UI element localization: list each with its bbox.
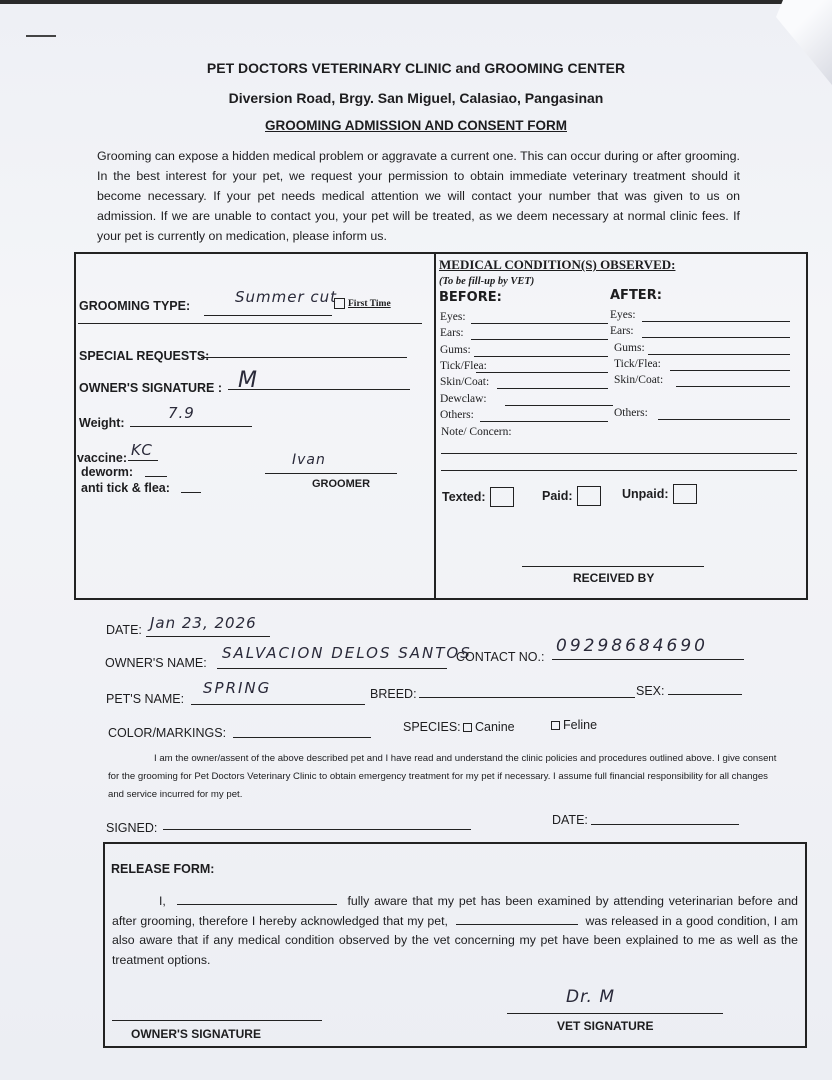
date-field[interactable] <box>146 636 270 637</box>
clinic-name: PET DOCTORS VETERINARY CLINIC and GROOMI… <box>0 60 832 76</box>
first-time-label: First Time <box>348 299 391 309</box>
note-label: Note/ Concern: <box>441 426 512 438</box>
breed-label: BREED: <box>370 687 417 701</box>
species-feline-option[interactable]: Feline <box>551 718 597 732</box>
weight-value: 7.9 <box>168 404 195 422</box>
before-field-line[interactable] <box>474 356 608 357</box>
form-title: GROOMING ADMISSION AND CONSENT FORM <box>0 118 832 133</box>
texted-label: Texted: <box>442 490 486 504</box>
groomer-signature-field[interactable] <box>265 473 397 474</box>
owner-name-value: SALVACION DELOS SANTOS <box>222 644 472 662</box>
grooming-type-field[interactable] <box>204 315 332 316</box>
unpaid-label: Unpaid: <box>622 487 669 501</box>
release-title: RELEASE FORM: <box>111 862 214 876</box>
before-field-line[interactable] <box>471 339 608 340</box>
species-label: SPECIES: <box>403 720 461 734</box>
vaccine-label: vaccine: <box>77 451 127 465</box>
before-field-label: Tick/Flea: <box>440 360 487 372</box>
consent-paragraph: I am the owner/assent of the above descr… <box>108 750 780 804</box>
unpaid-option[interactable]: Unpaid: <box>622 484 697 504</box>
antitick-label: anti tick & flea: <box>81 481 170 495</box>
paid-option[interactable]: Paid: <box>542 486 601 506</box>
owner-name-label: OWNER'S NAME: <box>105 656 207 670</box>
release-owner-signature-label: OWNER'S SIGNATURE <box>131 1027 261 1041</box>
grooming-type-label: GROOMING TYPE: <box>79 299 190 313</box>
before-field-label: Eyes: <box>440 311 466 323</box>
before-field-line[interactable] <box>480 421 608 422</box>
after-heading: AFTER: <box>610 288 662 303</box>
release-owner-name-field[interactable] <box>177 904 337 905</box>
vet-signature-label: VET SIGNATURE <box>557 1019 653 1033</box>
texted-checkbox[interactable] <box>490 487 514 507</box>
note-line-2[interactable] <box>441 470 797 471</box>
sex-field[interactable] <box>668 694 742 695</box>
canine-checkbox[interactable] <box>463 723 472 732</box>
intro-paragraph: Grooming can expose a hidden medical pro… <box>97 146 740 246</box>
after-field-label: Ears: <box>610 325 634 337</box>
first-time-checkbox[interactable] <box>334 298 345 309</box>
species-canine-option[interactable]: Canine <box>463 720 515 734</box>
after-field-line[interactable] <box>642 321 790 322</box>
before-field-line[interactable] <box>471 323 608 324</box>
canine-label: Canine <box>475 720 515 734</box>
after-field-label: Gums: <box>614 342 645 354</box>
consent-date-field[interactable] <box>591 824 739 825</box>
release-owner-signature-field[interactable] <box>112 1020 322 1021</box>
grooming-type-value: Summer cut <box>235 288 337 306</box>
after-field-line[interactable] <box>642 337 790 338</box>
before-field-label: Ears: <box>440 327 464 339</box>
paid-checkbox[interactable] <box>577 486 601 506</box>
scan-edge <box>0 0 832 4</box>
owner-name-field[interactable] <box>217 668 447 669</box>
signed-field[interactable] <box>163 829 471 830</box>
date-value: Jan 23, 2026 <box>150 614 257 632</box>
after-field-label: Eyes: <box>610 309 636 321</box>
vaccine-field[interactable] <box>128 460 158 461</box>
after-field-label: Others: <box>614 407 648 419</box>
color-label: COLOR/MARKINGS: <box>108 726 226 740</box>
deworm-label: deworm: <box>81 465 133 479</box>
note-line-1[interactable] <box>441 453 797 454</box>
deworm-field[interactable] <box>145 476 167 477</box>
vet-signature-value: Dr. M <box>566 987 615 1007</box>
consent-text: I am the owner/assent of the above descr… <box>108 753 776 800</box>
antitick-field[interactable] <box>181 492 201 493</box>
clinic-address: Diversion Road, Brgy. San Miguel, Calasi… <box>0 90 832 106</box>
sex-label: SEX: <box>636 684 665 698</box>
special-requests-field[interactable] <box>201 357 407 358</box>
box-divider <box>434 252 436 598</box>
after-field-line[interactable] <box>658 419 790 420</box>
owner-signature-label: OWNER'S SIGNATURE : <box>79 381 222 395</box>
medical-title: MEDICAL CONDITION(S) OBSERVED: <box>439 257 675 273</box>
after-field-line[interactable] <box>676 386 790 387</box>
before-field-label: Dewclaw: <box>440 393 487 405</box>
contact-field[interactable] <box>552 659 744 660</box>
after-field-line[interactable] <box>648 354 790 355</box>
release-paragraph: I, fully aware that my pet has been exam… <box>112 892 798 970</box>
after-field-label: Skin/Coat: <box>614 374 663 386</box>
feline-checkbox[interactable] <box>551 721 560 730</box>
contact-label: CONTACT NO.: <box>456 650 544 664</box>
before-field-label: Gums: <box>440 344 471 356</box>
before-heading: BEFORE: <box>439 290 502 305</box>
unpaid-checkbox[interactable] <box>673 484 697 504</box>
owner-signature-value: M <box>238 368 258 393</box>
pet-name-label: PET'S NAME: <box>106 692 184 706</box>
before-field-label: Others: <box>440 409 474 421</box>
consent-date-label: DATE: <box>552 813 588 827</box>
before-field-line[interactable] <box>476 372 608 373</box>
grooming-type-extra-line <box>78 323 422 324</box>
date-label: DATE: <box>106 623 142 637</box>
before-field-label: Skin/Coat: <box>440 376 489 388</box>
contact-value: 09298684690 <box>556 636 708 656</box>
vet-signature-field[interactable] <box>507 1013 723 1014</box>
texted-option[interactable]: Texted: <box>442 487 514 507</box>
release-pet-name-field[interactable] <box>456 924 578 925</box>
pet-name-field[interactable] <box>191 704 365 705</box>
received-by-field[interactable] <box>522 566 704 567</box>
color-field[interactable] <box>233 737 371 738</box>
after-field-label: Tick/Flea: <box>614 358 661 370</box>
feline-label: Feline <box>563 718 597 732</box>
special-requests-label: SPECIAL REQUESTS: <box>79 349 209 363</box>
weight-label: Weight: <box>79 416 125 430</box>
first-time-option[interactable]: First Time <box>334 298 391 309</box>
breed-field[interactable] <box>419 697 635 698</box>
received-by-label: RECEIVED BY <box>573 571 654 585</box>
medical-subtitle: (To be fill-up by VET) <box>439 276 534 287</box>
scan-mark <box>26 35 56 37</box>
groomer-label: GROOMER <box>312 478 370 490</box>
vaccine-value: KC <box>131 441 153 459</box>
release-text-1: I, <box>159 894 166 908</box>
groomer-signature-value: Ivan <box>292 452 326 468</box>
before-field-line[interactable] <box>505 405 613 406</box>
signed-label: SIGNED: <box>106 821 157 835</box>
before-field-line[interactable] <box>497 388 608 389</box>
pet-name-value: SPRING <box>203 679 271 697</box>
after-field-line[interactable] <box>670 370 790 371</box>
weight-field[interactable] <box>130 426 252 427</box>
paid-label: Paid: <box>542 489 573 503</box>
